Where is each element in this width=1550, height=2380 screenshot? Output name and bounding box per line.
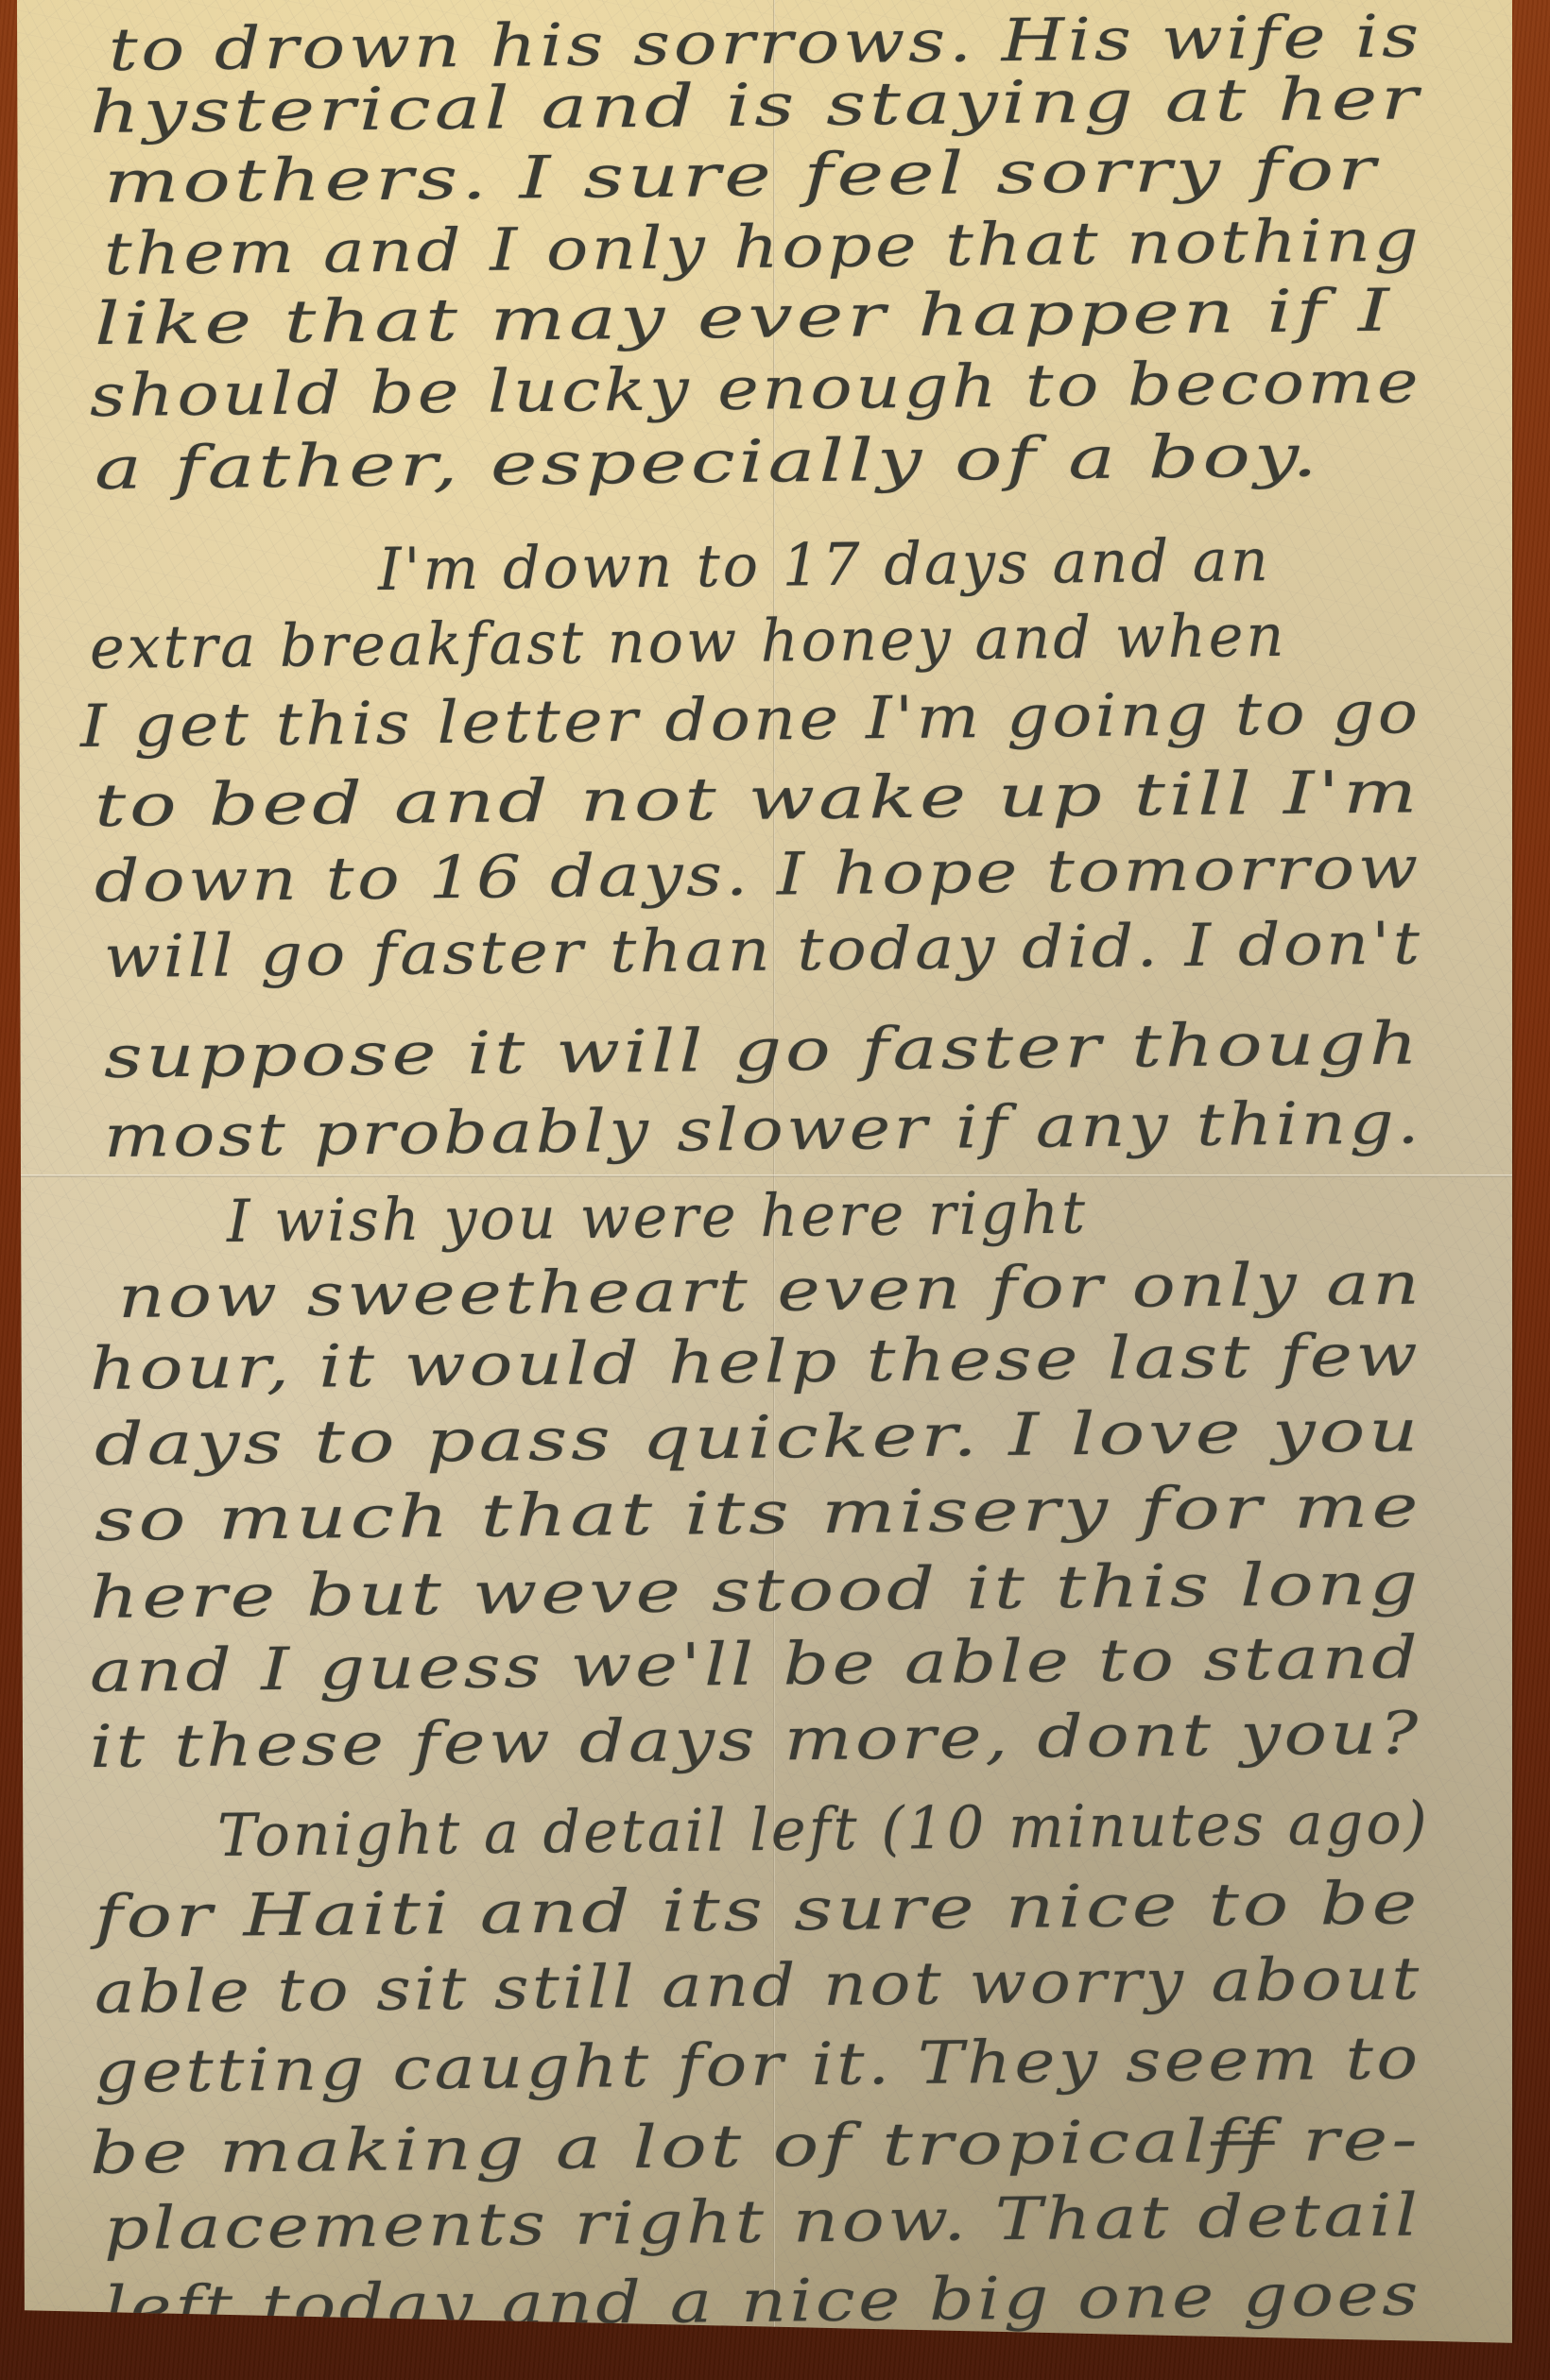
- letter-line: to bed and not wake up till I'm: [95, 762, 1421, 835]
- letter-line: hour, it would help these last few: [90, 1326, 1421, 1398]
- line-text: suppose it will go faster though: [104, 1008, 1421, 1091]
- line-text-continuation: re-: [1274, 2104, 1421, 2175]
- letter-line: placements right now. That detail: [104, 2185, 1421, 2258]
- letter-line: I wish you were here right: [227, 1183, 1089, 1251]
- letter-line: them and I only hope that nothing: [104, 211, 1422, 283]
- letter-line: I get this letter done I'm going to go: [80, 683, 1421, 756]
- line-text: mothers. I sure feel sorry for: [104, 134, 1380, 216]
- letter-line: so much that its misery for me: [95, 1477, 1422, 1550]
- line-text: to bed and not wake up till I'm: [95, 757, 1421, 840]
- line-text: like that may ever happen if I: [95, 276, 1394, 358]
- letter-line: suppose it will go faster though: [104, 1014, 1421, 1087]
- handwritten-text-block: to drown his sorrows. His wife ishysteri…: [17, 0, 1512, 2343]
- line-text: will go faster than today did. I don't: [104, 908, 1423, 991]
- line-text: most probably slower if any thing.: [104, 1087, 1423, 1171]
- letter-line: Tonight a detail left (10 minutes ago): [217, 1794, 1430, 1865]
- letter-line: should be lucky enough to become: [90, 352, 1422, 425]
- letter-line: extra breakfast now honey and when: [90, 607, 1287, 677]
- letter-line: be making a lot of tropicalff re-: [90, 2110, 1421, 2183]
- struck-out-word: ff: [1211, 2106, 1275, 2176]
- letter-page: to drown his sorrows. His wife ishysteri…: [17, 0, 1512, 2343]
- letter-line: it these few days more, dont you?: [90, 1704, 1422, 1776]
- line-text: so much that its misery for me: [95, 1471, 1422, 1554]
- letter-line: will go faster than today did. I don't: [104, 914, 1423, 986]
- line-text: should be lucky enough to become: [90, 347, 1422, 430]
- letter-line: here but weve stood it this long: [90, 1554, 1422, 1627]
- letter-line: like that may ever happen if I: [95, 282, 1394, 353]
- letter-line: I'm down to 17 days and an: [378, 531, 1271, 599]
- line-text: I get this letter done I'm going to go: [80, 677, 1421, 761]
- line-text: Tonight a detail left (10 minutes ago): [217, 1789, 1431, 1870]
- line-text: now sweetheart even for only an: [118, 1249, 1423, 1331]
- letter-line: most probably slower if any thing.: [104, 1093, 1423, 1166]
- letter-line: now sweetheart even for only an: [118, 1255, 1423, 1327]
- line-text: for Haiti and its sure nice to be: [95, 1868, 1421, 1951]
- line-text: it these few days more, dont you?: [90, 1698, 1422, 1781]
- letter-line: getting caught for it. They seem to: [95, 2029, 1421, 2101]
- line-text: here but weve stood it this long: [90, 1549, 1422, 1632]
- letter-line: days to pass quicker. I love you: [95, 1401, 1422, 1474]
- line-text: I'm down to 17 days and an: [378, 525, 1271, 604]
- letter-line: a father, especially of a boy.: [95, 426, 1321, 498]
- letter-line: and I guess we'll be able to stand: [90, 1628, 1421, 1701]
- line-text: down to 16 days. I hope tomorrow: [95, 832, 1422, 916]
- line-text: hour, it would help these last few: [90, 1320, 1421, 1403]
- letter-line: mothers. I sure feel sorry for: [104, 140, 1380, 212]
- line-text: extra breakfast now honey and when: [90, 601, 1287, 682]
- line-text: be making a lot of tropical: [90, 2107, 1212, 2187]
- line-text: and I guess we'll be able to stand: [90, 1622, 1421, 1705]
- line-text: getting caught for it. They seem to: [95, 2023, 1421, 2106]
- line-text: them and I only hope that nothing: [104, 205, 1422, 288]
- letter-line: hysterical and is staying at her: [90, 69, 1422, 142]
- letter-line: for Haiti and its sure nice to be: [95, 1874, 1421, 1946]
- line-text: I wish you were here right: [227, 1177, 1089, 1256]
- line-text: a father, especially of a boy.: [95, 420, 1322, 503]
- line-text: able to sit still and not worry about: [95, 1943, 1422, 2027]
- letter-line: able to sit still and not worry about: [95, 1949, 1422, 2022]
- line-text: placements right now. That detail: [104, 2180, 1421, 2263]
- letter-line: down to 16 days. I hope tomorrow: [95, 838, 1421, 911]
- line-text: days to pass quicker. I love you: [95, 1395, 1422, 1479]
- line-text: hysterical and is staying at her: [90, 63, 1422, 146]
